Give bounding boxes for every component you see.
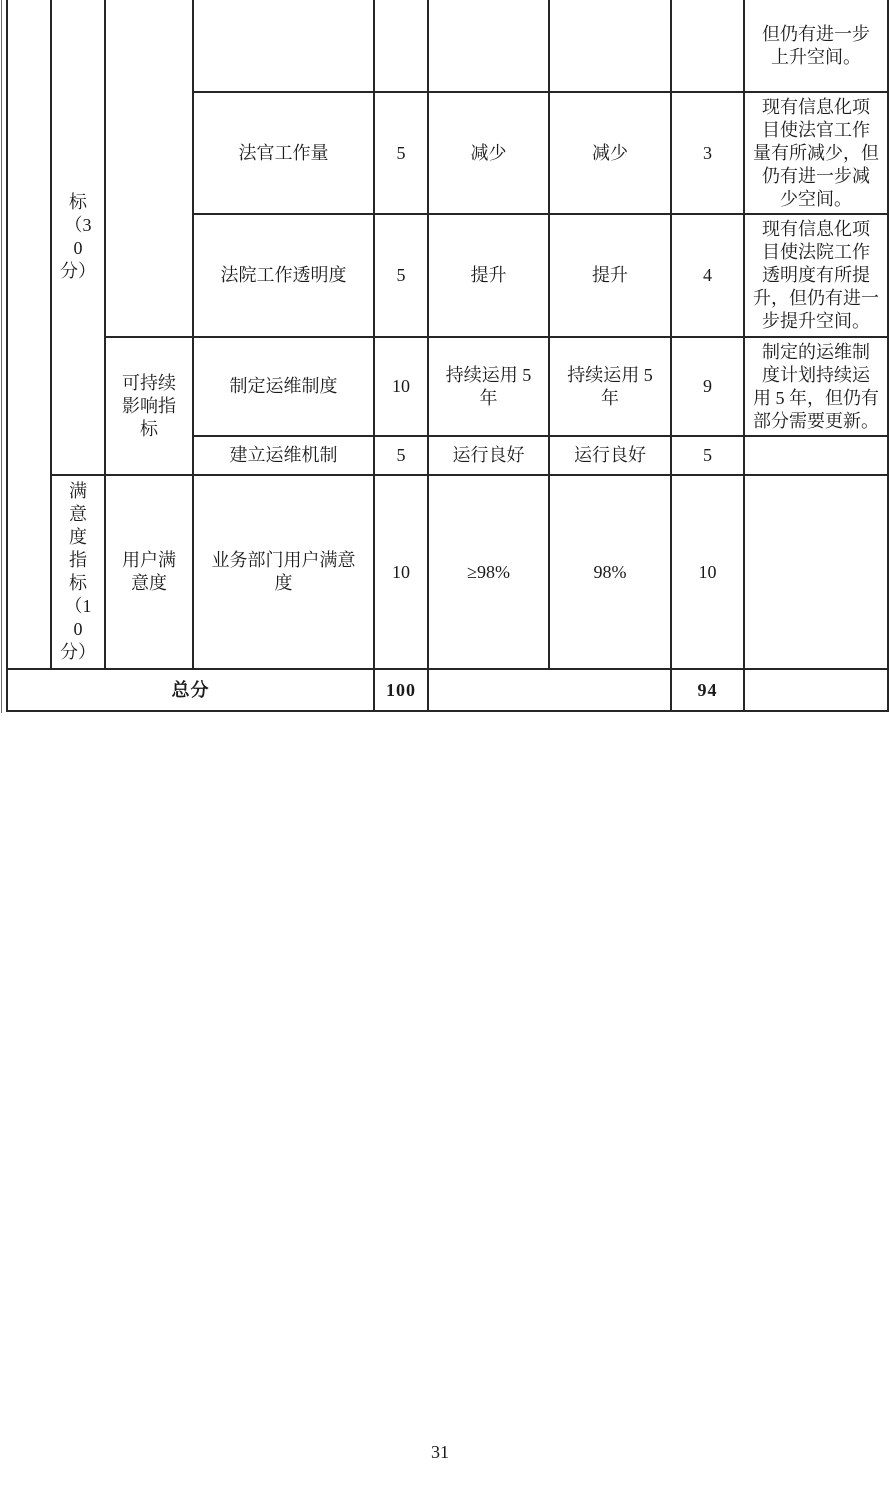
cell-points: 5	[671, 436, 744, 475]
cell-points: 10	[671, 475, 744, 669]
cell-points	[671, 0, 744, 92]
cell-indicator: 业务部门用户满意 度	[193, 475, 374, 669]
cell-points: 9	[671, 337, 744, 436]
cell-group-user-satisfaction: 用户满 意度	[105, 475, 193, 669]
cell-score: 5	[374, 436, 428, 475]
cell-target: 持续运用 5 年	[428, 337, 549, 436]
cell-group-sustainable: 可持续 影响指 标	[105, 337, 193, 475]
left-margin-rule	[1, 0, 2, 713]
cell-actual: 减少	[549, 92, 671, 214]
page-number: 31	[0, 1442, 880, 1463]
cell-target	[428, 0, 549, 92]
cell-score: 5	[374, 92, 428, 214]
cell-points: 3	[671, 92, 744, 214]
cell-indicator: 法官工作量	[193, 92, 374, 214]
cell-remark: 但仍有进一步 上升空间。	[744, 0, 888, 92]
cell-remark	[744, 475, 888, 669]
cell-level1-continuation	[7, 0, 51, 669]
cell-actual: 98%	[549, 475, 671, 669]
cell-remark	[744, 436, 888, 475]
cell-total-target-actual	[428, 669, 671, 711]
cell-indicator: 法院工作透明度	[193, 214, 374, 337]
cell-target: 运行良好	[428, 436, 549, 475]
cell-level2-top-continuation: 标 （3 0 分）	[51, 0, 105, 475]
cell-remark: 现有信息化项 目使法官工作 量有所减少，但 仍有进一步减 少空间。	[744, 92, 888, 214]
cell-actual: 持续运用 5 年	[549, 337, 671, 436]
cell-score: 10	[374, 337, 428, 436]
cell-actual: 提升	[549, 214, 671, 337]
cell-indicator: 制定运维制度	[193, 337, 374, 436]
cell-score	[374, 0, 428, 92]
cell-indicator	[193, 0, 374, 92]
cell-score: 10	[374, 475, 428, 669]
cell-total-score: 100	[374, 669, 428, 711]
cell-total-label: 总分	[7, 669, 374, 711]
cell-total-points: 94	[671, 669, 744, 711]
cell-indicator: 建立运维机制	[193, 436, 374, 475]
cell-level1-satisfaction: 满 意 度 指 标 （1 0 分）	[51, 475, 105, 669]
cell-total-remark	[744, 669, 888, 711]
cell-group-empty-continuation	[105, 0, 193, 337]
cell-target: ≥98%	[428, 475, 549, 669]
cell-actual: 运行良好	[549, 436, 671, 475]
cell-remark: 制定的运维制 度计划持续运 用 5 年，但仍有 部分需要更新。	[744, 337, 888, 436]
cell-target: 减少	[428, 92, 549, 214]
evaluation-table: 标 （3 0 分） 但仍有进一步 上升空间。 法官工作量 5 减少 减少 3 现…	[6, 0, 889, 712]
cell-actual	[549, 0, 671, 92]
cell-points: 4	[671, 214, 744, 337]
cell-target: 提升	[428, 214, 549, 337]
cell-score: 5	[374, 214, 428, 337]
cell-remark: 现有信息化项 目使法院工作 透明度有所提 升，但仍有进一 步提升空间。	[744, 214, 888, 337]
